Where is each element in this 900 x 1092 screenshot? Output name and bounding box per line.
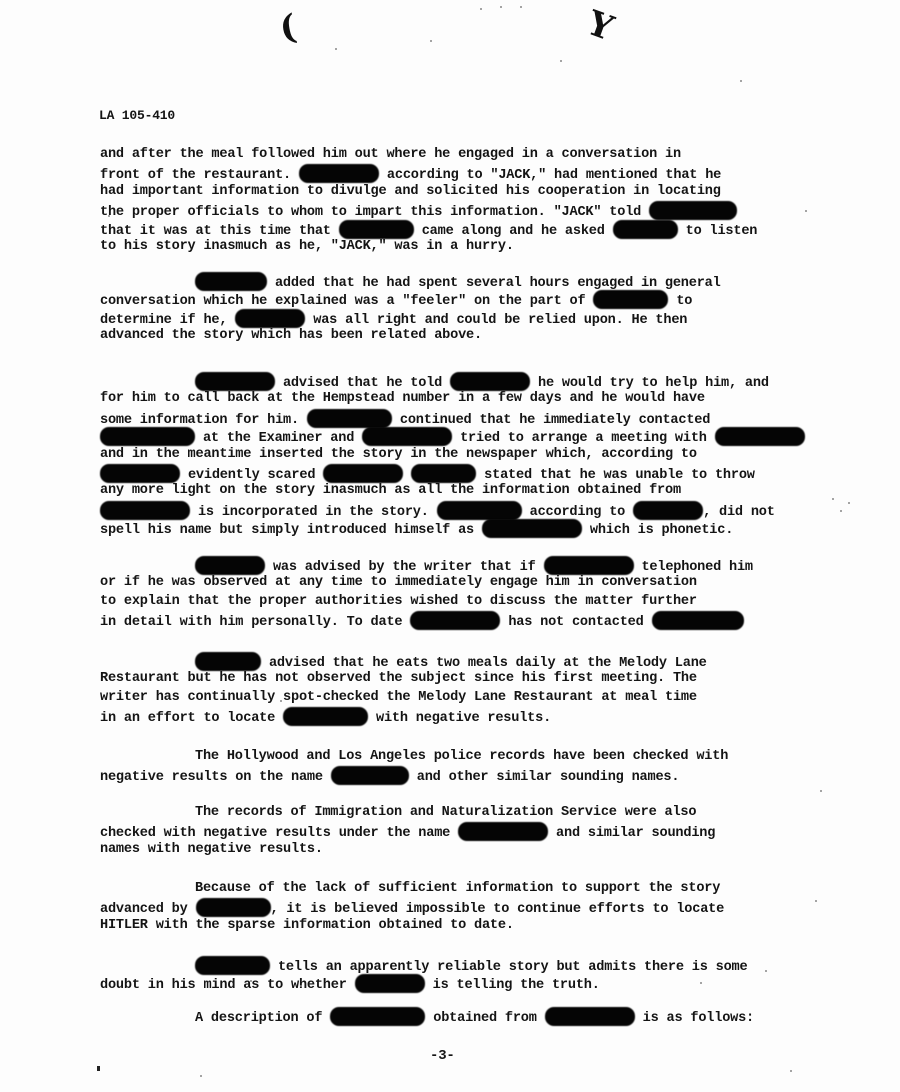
redaction-block [482,519,582,538]
text-line: checked with negative results under the … [100,822,860,840]
redaction-block [195,652,261,671]
text-segment: HITLER with the sparse information obtai… [100,918,514,933]
scan-speck [280,700,282,702]
paragraph: Because of the lack of sufficient inform… [100,880,860,935]
redaction-block [100,464,180,483]
scan-speck [480,8,482,10]
text-line: doubt in his mind as to whether is telli… [100,974,860,992]
text-segment: was advised by the writer that if [265,560,544,575]
redaction-block [649,201,737,220]
text-segment: he would try to help him, and [530,376,769,391]
redaction-block [323,464,403,483]
redaction-block [307,409,392,428]
paragraph: added that he had spent several hours en… [100,272,860,346]
text-segment: telephoned him [634,560,753,575]
text-segment: obtained from [425,1011,544,1026]
text-segment: The records of Immigration and Naturaliz… [195,805,696,820]
text-line: spell his name but simply introduced him… [100,519,860,537]
text-line: at the Examiner and tried to arrange a m… [100,427,860,445]
text-segment: determine if he, [100,313,235,328]
redaction-block [331,766,409,785]
text-line: front of the restaurant. according to "J… [100,164,860,182]
scan-speck [765,970,767,972]
text-line: for him to call back at the Hempstead nu… [100,390,860,408]
text-segment: and other similar sounding names. [409,770,680,785]
text-segment: which is phonetic. [582,523,733,538]
text-segment: is incorporated in the story. [190,505,437,520]
text-segment: for him to call back at the Hempstead nu… [100,391,705,406]
text-line: and after the meal followed him out wher… [100,146,860,164]
text-segment: according to "JACK," had mentioned that … [379,168,721,183]
text-segment: has not contacted [500,615,651,630]
text-line: Because of the lack of sufficient inform… [100,880,860,898]
text-line: HITLER with the sparse information obtai… [100,917,860,935]
scan-speck [430,40,432,42]
text-line: advanced the story which has been relate… [100,327,860,345]
text-line: is incorporated in the story. according … [100,501,860,519]
redaction-block [100,427,195,446]
redaction-block [410,611,500,630]
redaction-block [283,707,368,726]
redaction-block [545,1007,635,1026]
scan-speck [335,48,337,50]
text-segment: was all right and could be relied upon. … [305,313,687,328]
text-line: to explain that the proper authorities w… [100,593,860,611]
text-line: advised that he told he would try to hel… [100,372,860,390]
text-segment: writer has continually spot-checked the … [100,690,697,705]
scan-speck [520,6,522,8]
text-segment: any more light on the story inasmuch as … [100,483,681,498]
scan-speck [832,498,834,500]
text-segment: had important information to divulge and… [100,184,721,199]
text-segment: at the Examiner and [195,431,362,446]
redaction-block [355,974,425,993]
text-segment: tried to arrange a meeting with [452,431,715,446]
text-segment: advised that he eats two meals daily at … [261,656,707,671]
text-segment: in an effort to locate [100,711,283,726]
redaction-block [235,309,305,328]
text-segment: front of the restaurant. [100,168,299,183]
text-line: in detail with him personally. To date h… [100,611,860,629]
redaction-block [411,464,476,483]
redaction-block [195,956,270,975]
text-segment: stated that he was unable to throw [476,468,755,483]
text-segment: some information for him. [100,413,307,428]
scan-speck [740,80,742,82]
text-segment: continued that he immediately contacted [392,413,710,428]
page-number: -3- [430,1048,455,1064]
text-line: any more light on the story inasmuch as … [100,482,860,500]
text-line: Restaurant but he has not observed the s… [100,670,860,688]
text-segment: negative results on the name [100,770,331,785]
text-segment: and in the meantime inserted the story i… [100,447,697,462]
text-segment: , did not [703,505,775,520]
text-segment: checked with negative results under the … [100,826,458,841]
paragraph: and after the meal followed him out wher… [100,146,860,256]
redaction-block [450,372,530,391]
redaction-block [299,164,379,183]
text-segment: to listen [678,224,758,239]
text-line: The Hollywood and Los Angeles police rec… [100,748,860,766]
text-line: some information for him. continued that… [100,409,860,427]
paragraph: was advised by the writer that if teleph… [100,556,860,630]
margin-mark [97,1066,100,1071]
redaction-block [437,501,522,520]
text-segment: to [668,294,692,309]
paragraph: A description of obtained from is as fol… [100,1007,860,1025]
text-segment: , it is believed impossible to continue … [271,902,725,917]
text-segment: The Hollywood and Los Angeles police rec… [195,749,728,764]
scan-speck [815,900,817,902]
text-segment: to explain that the proper authorities w… [100,594,697,609]
text-line: tells an apparently reliable story but a… [100,956,860,974]
redaction-block [195,556,265,575]
scan-speck [560,60,562,62]
text-segment: that it was at this time that [100,224,339,239]
text-segment: or if he was observed at any time to imm… [100,575,697,590]
paragraph: advised that he told he would try to hel… [100,372,860,538]
redaction-block [362,427,452,446]
redaction-block [195,372,275,391]
text-line: was advised by the writer that if teleph… [100,556,860,574]
redaction-block [715,427,805,446]
text-segment: advanced by [100,902,196,917]
scan-speck [820,790,822,792]
scan-speck [300,985,302,987]
text-segment: doubt in his mind as to whether [100,978,355,993]
text-segment: is telling the truth. [425,978,600,993]
redaction-block [195,272,267,291]
text-segment: added that he had spent several hours en… [267,276,721,291]
text-line: advanced by , it is believed impossible … [100,898,860,916]
scan-speck [805,210,807,212]
text-line: or if he was observed at any time to imm… [100,574,860,592]
redaction-block [100,501,190,520]
binder-hole-mark-left: ( [277,7,300,49]
text-segment: in detail with him personally. To date [100,615,410,630]
text-line: negative results on the name and other s… [100,766,860,784]
redaction-block [633,501,703,520]
text-line: A description of obtained from is as fol… [100,1007,860,1025]
document-page: ( Y LA 105-410 and after the meal follow… [0,0,900,1092]
scan-speck [500,6,502,8]
text-segment: to his story inasmuch as he, "JACK," was… [100,239,514,254]
text-segment: came along and he asked [414,224,613,239]
text-segment: is as follows: [635,1011,754,1026]
text-line: advised that he eats two meals daily at … [100,652,860,670]
text-segment: with negative results. [368,711,551,726]
text-segment: spell his name but simply introduced him… [100,523,482,538]
scan-speck [108,215,110,217]
text-line: evidently scared stated that he was unab… [100,464,860,482]
binder-hole-mark-right: Y [582,3,618,49]
text-segment: according to [522,505,633,520]
scan-speck [700,982,702,984]
text-segment: A description of [195,1011,330,1026]
file-number: LA 105-410 [99,108,175,123]
text-segment: the proper officials to whom to impart t… [100,205,649,220]
text-segment: tells an apparently reliable story but a… [270,960,747,975]
redaction-block [196,898,271,917]
text-line: determine if he, was all right and could… [100,309,860,327]
paragraph: advised that he eats two meals daily at … [100,652,860,726]
text-line: names with negative results. [100,841,860,859]
paragraph: The records of Immigration and Naturaliz… [100,804,860,859]
text-line: that it was at this time that came along… [100,220,860,238]
text-line: writer has continually spot-checked the … [100,689,860,707]
text-line: and in the meantime inserted the story i… [100,446,860,464]
scan-speck [250,980,252,982]
redaction-block [458,822,548,841]
text-line: conversation which he explained was a "f… [100,290,860,308]
text-segment: Because of the lack of sufficient inform… [195,881,720,896]
text-line: had important information to divulge and… [100,183,860,201]
redaction-block [544,556,634,575]
text-segment: Restaurant but he has not observed the s… [100,671,697,686]
redaction-block [613,220,678,239]
text-line: added that he had spent several hours en… [100,272,860,290]
text-line: in an effort to locate with negative res… [100,707,860,725]
text-segment: and similar sounding [548,826,715,841]
text-line: to his story inasmuch as he, "JACK," was… [100,238,860,256]
redaction-block [593,290,668,309]
paragraph: The Hollywood and Los Angeles police rec… [100,748,860,785]
scan-speck [200,1075,202,1077]
text-line: The records of Immigration and Naturaliz… [100,804,860,822]
scan-speck [848,502,850,504]
text-segment: names with negative results. [100,842,323,857]
redaction-block [652,611,744,630]
text-segment: evidently scared [180,468,323,483]
scan-speck [840,510,842,512]
text-segment [403,468,411,483]
text-segment: and after the meal followed him out wher… [100,147,681,162]
redaction-block [330,1007,425,1026]
scan-speck [790,1070,792,1072]
paragraph: tells an apparently reliable story but a… [100,956,860,993]
text-segment: conversation which he explained was a "f… [100,294,593,309]
redaction-block [339,220,414,239]
text-segment: advanced the story which has been relate… [100,328,482,343]
text-segment: advised that he told [275,376,450,391]
text-line: the proper officials to whom to impart t… [100,201,860,219]
